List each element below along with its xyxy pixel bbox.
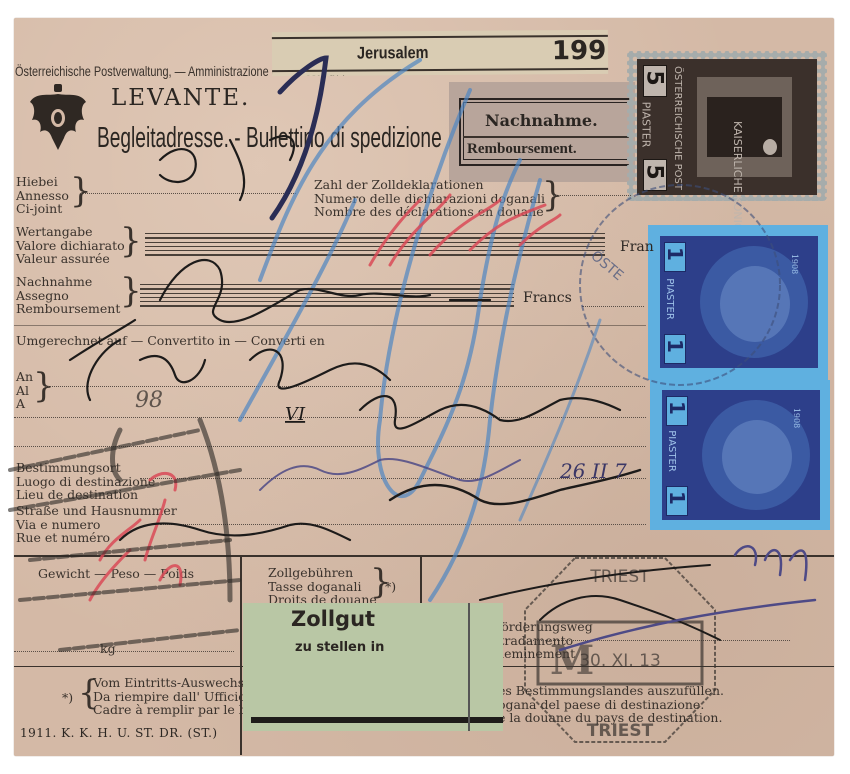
- handwritten-district: VI: [285, 404, 306, 425]
- handwritten-date-note: 26 II 7: [559, 459, 627, 483]
- handwritten-stamp-number: 98: [135, 388, 163, 413]
- handwriting-layer: 98 VI 26 II 7: [0, 0, 850, 774]
